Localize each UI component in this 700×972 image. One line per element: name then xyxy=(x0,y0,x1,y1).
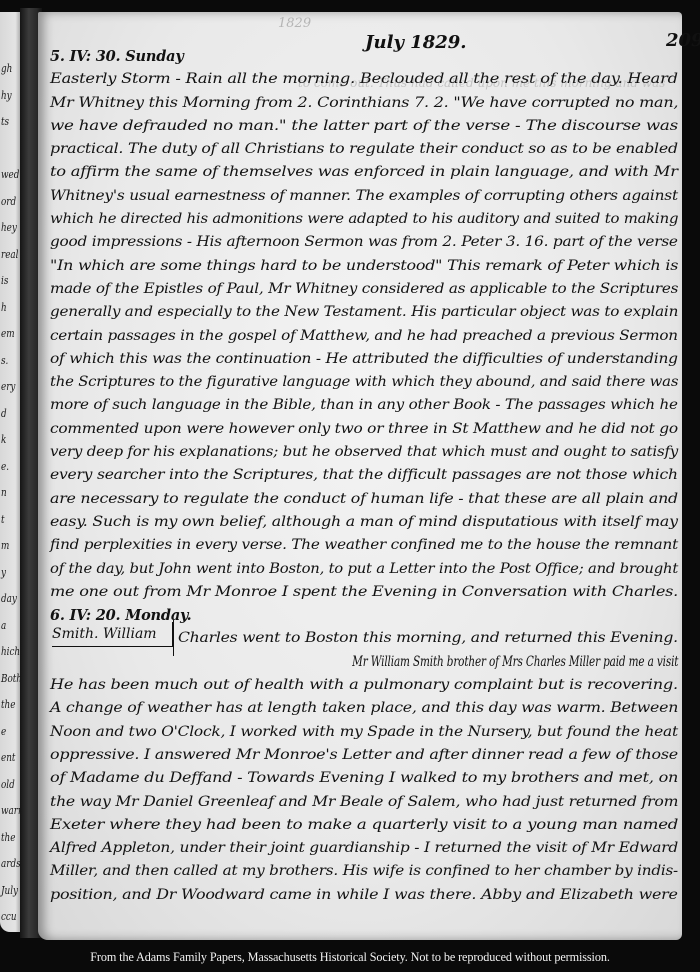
diary-line: every searcher into the Scriptures, that… xyxy=(50,464,700,487)
diary-line: Miller, and then called at my brothers. … xyxy=(50,860,700,883)
facing-page-fragment: d xyxy=(1,407,7,420)
diary-line: Alfred Appleton, under their joint guard… xyxy=(50,837,700,860)
facing-page-fragment: hey xyxy=(1,221,17,234)
diary-line: He has been much out of health with a pu… xyxy=(50,674,700,697)
diary-entry-date: 5. IV: 30. Sunday xyxy=(50,45,686,68)
diary-text: 5. IV: 30. SundayEasterly Storm - Rain a… xyxy=(50,45,686,907)
facing-page-fragment: y xyxy=(1,566,6,579)
diary-line: Mr William Smith brother of Mrs Charles … xyxy=(50,651,519,674)
facing-page-fragment: wed xyxy=(1,168,19,181)
facing-page-fragment: hich xyxy=(1,645,20,658)
facing-page-fragment: k xyxy=(1,433,6,446)
copyright-footer: From the Adams Family Papers, Massachuse… xyxy=(0,950,700,965)
facing-page-fragment: day xyxy=(1,592,17,605)
facing-page-fragment: a xyxy=(1,619,6,632)
facing-page-fragment: em xyxy=(1,327,15,340)
diary-line: certain passages in the gospel of Matthe… xyxy=(50,325,700,348)
facing-page-fragment: ord xyxy=(1,195,16,208)
facing-page-fragment: h xyxy=(1,301,7,314)
diary-line: of which this was the continuation - He … xyxy=(50,348,700,371)
diary-line: oppressive. I answered Mr Monroe's Lette… xyxy=(50,744,700,767)
facing-page-fragment: ards xyxy=(1,857,21,870)
diary-line: Whitney's usual earnestness of manner. T… xyxy=(50,185,700,208)
diary-line: Noon and two O'Clock, I worked with my S… xyxy=(50,721,700,744)
facing-page-edge: ghhytswedordheyrealishems.erydke.ntmyday… xyxy=(0,12,22,932)
facing-page-fragment: ts xyxy=(1,115,9,128)
facing-page-fragment: warm xyxy=(1,804,22,817)
facing-page-fragment: hy xyxy=(1,89,12,102)
diary-line: Exeter where they had been to make a qua… xyxy=(50,814,700,837)
diary-line: very deep for his explanations; but he o… xyxy=(50,441,700,464)
facing-page-fragment: is xyxy=(1,274,8,287)
facing-page-fragment: ccu xyxy=(1,910,17,923)
facing-page-fragment: e. xyxy=(1,460,9,473)
facing-page-fragment: real xyxy=(1,248,18,261)
facing-page-fragment: gh xyxy=(1,62,12,75)
diary-line: to affirm the same of themselves was enf… xyxy=(50,161,700,184)
facing-page-fragment: t xyxy=(1,513,5,526)
diary-line: generally and especially to the New Test… xyxy=(50,301,700,324)
facing-page-fragment: n xyxy=(1,486,7,499)
diary-line: "In which are some things hard to be und… xyxy=(50,255,700,278)
diary-line: the Scriptures to the figurative languag… xyxy=(50,371,700,394)
bleed-through-date: 1829 xyxy=(278,16,311,31)
diary-line: Easterly Storm - Rain all the morning. B… xyxy=(50,68,700,91)
facing-page-fragment: s. xyxy=(1,354,8,367)
facing-page-fragment: old xyxy=(1,778,15,791)
diary-line: me one out from Mr Monroe I spent the Ev… xyxy=(50,581,700,604)
facing-page-fragment: Both xyxy=(1,672,22,685)
facing-page-fragment: the xyxy=(1,698,15,711)
diary-line: Mr Whitney this Morning from 2. Corinthi… xyxy=(50,92,700,115)
diary-line: of Madame du Deffand - Towards Evening I… xyxy=(50,767,700,790)
diary-line: find perplexities in every verse. The we… xyxy=(50,534,700,557)
diary-line: commented upon were however only two or … xyxy=(50,418,700,441)
diary-line: made of the Epistles of Paul, Mr Whitney… xyxy=(50,278,700,301)
diary-line: A change of weather has at length taken … xyxy=(50,697,700,720)
facing-page-fragment: e xyxy=(1,725,6,738)
diary-line: easy. Such is my own belief, although a … xyxy=(50,511,700,534)
diary-line: we have defrauded no man." the latter pa… xyxy=(50,115,700,138)
diary-line: more of such language in the Bible, than… xyxy=(50,394,700,417)
facing-page-fragment: July xyxy=(1,884,18,897)
diary-line: are necessary to regulate the conduct of… xyxy=(50,488,700,511)
facing-page-fragment: ent xyxy=(1,751,15,764)
facing-page-fragment: the xyxy=(1,831,15,844)
diary-line: position, and Dr Woodward came in while … xyxy=(50,884,700,907)
diary-line: the way Mr Daniel Greenleaf and Mr Beale… xyxy=(50,791,700,814)
facing-page-fragment: m xyxy=(1,539,9,552)
diary-line: practical. The duty of all Christians to… xyxy=(50,138,700,161)
margin-index-note: Smith. William xyxy=(52,622,173,647)
diary-line: good impressions - His afternoon Sermon … xyxy=(50,231,700,254)
facing-page-fragment: ery xyxy=(1,380,15,393)
diary-line: of the day, but John went into Boston, t… xyxy=(50,558,700,581)
diary-line: which he directed his admonitions were a… xyxy=(50,208,700,231)
